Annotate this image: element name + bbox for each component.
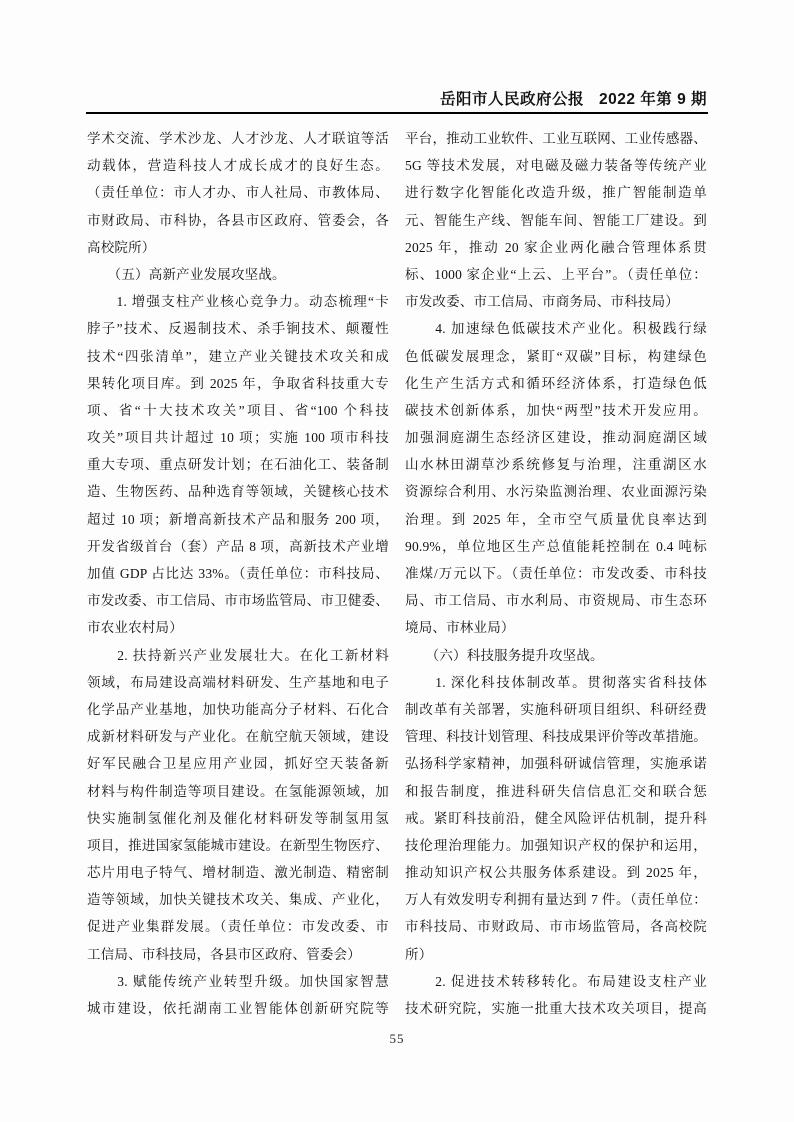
text-line: 90.9%，单位地区生产总值能耗控制在 0.4 吨标: [405, 533, 707, 560]
text-line: 境局、市林业局）: [405, 614, 707, 641]
text-line: 2025 年，推动 20 家企业两化融合管理体系贯: [405, 234, 707, 261]
text-line: 制改革有关部署，实施科研项目组织、科研经费: [405, 696, 707, 723]
text-line: 快实施制氢催化剂及催化材料研发等制氢用氢: [87, 805, 389, 832]
text-line: 碳技术创新体系，加快“两型”技术开发应用。: [405, 397, 707, 424]
text-line: 2. 扶持新兴产业发展壮大。在化工新材料: [87, 642, 389, 669]
text-line: 色低碳发展理念，紧盯“双碳”目标，构建绿色: [405, 343, 707, 370]
text-line: 果转化项目库。到 2025 年，争取省科技重大专: [87, 370, 389, 397]
text-line: 3. 赋能传统产业转型升级。加快国家智慧: [87, 968, 389, 995]
text-line: 技术“四张清单”，建立产业关键技术攻关和成: [87, 343, 389, 370]
text-line: 推动知识产权公共服务体系建设。到 2025 年，: [405, 859, 707, 886]
text-line: 市科技局、市财政局、市市场监管局，各高校院: [405, 913, 707, 940]
page-body: 学术交流、学术沙龙、人才沙龙、人才联谊等活动载体，营造科技人才成长成才的良好生态…: [87, 125, 707, 1022]
text-line: 平台，推动工业软件、工业互联网、工业传感器、: [405, 125, 707, 152]
text-line: 戒。紧盯科技前沿，健全风险评估机制，提升科: [405, 805, 707, 832]
text-line: 攻关”项目共计超过 10 项；实施 100 项市科技: [87, 424, 389, 451]
text-line: 造等领域，加快关键技术攻关、集成、产业化，: [87, 886, 389, 913]
text-line: 加值 GDP 占比达 33%。（责任单位：市科技局、: [87, 560, 389, 587]
text-line: 化生产生活方式和循环经济体系，打造绿色低: [405, 370, 707, 397]
text-line: 局、市工信局、市水利局、市资规局、市生态环: [405, 587, 707, 614]
text-line: 材料与构件制造等项目建设。在氢能源领域，加: [87, 778, 389, 805]
left-text-column: 学术交流、学术沙龙、人才沙龙、人才联谊等活动载体，营造科技人才成长成才的良好生态…: [87, 125, 389, 1022]
text-line: 进行数字化智能化改造升级，推广智能制造单: [405, 179, 707, 206]
text-line: 领域，布局建设高端材料研发、生产基地和电子: [87, 669, 389, 696]
text-line: 动载体，营造科技人才成长成才的良好生态。: [87, 152, 389, 179]
text-line: 好军民融合卫星应用产业园，抓好空天装备新: [87, 750, 389, 777]
text-line: 市农业农村局）: [87, 614, 389, 641]
text-line: 促进产业集群发展。（责任单位：市发改委、市: [87, 913, 389, 940]
issue-label: 2022 年第 9 期: [599, 91, 707, 108]
text-line: 标、1000 家企业“上云、上平台”。（责任单位：: [405, 261, 707, 288]
text-line: 学术交流、学术沙龙、人才沙龙、人才联谊等活: [87, 125, 389, 152]
text-line: 市发改委、市工信局、市商务局、市科技局）: [405, 288, 707, 315]
text-line: 技术研究院，实施一批重大技术攻关项目，提高: [405, 995, 707, 1022]
text-line: 市财政局、市科协，各县市区政府、管委会，各: [87, 207, 389, 234]
text-line: （五）高新产业发展攻坚战。: [87, 261, 389, 288]
text-line: 加强洞庭湖生态经济区建设，推动洞庭湖区域: [405, 424, 707, 451]
gazette-page: 岳阳市人民政府公报2022 年第 9 期 学术交流、学术沙龙、人才沙龙、人才联谊…: [0, 0, 794, 1122]
text-line: 治理。到 2025 年，全市空气质量优良率达到: [405, 506, 707, 533]
text-line: 脖子”技术、反遏制技术、杀手锏技术、颠覆性: [87, 315, 389, 342]
text-line: 山水林田湖草沙系统修复与治理，注重湖区水: [405, 451, 707, 478]
text-line: 1. 增强支柱产业核心竞争力。动态梳理“卡: [87, 288, 389, 315]
text-line: 技伦理治理能力。加强知识产权的保护和运用，: [405, 832, 707, 859]
text-line: 化学品产业基地，加快功能高分子材料、石化合: [87, 696, 389, 723]
text-line: 市发改委、市工信局、市市场监管局、市卫健委、: [87, 587, 389, 614]
text-line: 重大专项、重点研发计划；在石油化工、装备制: [87, 451, 389, 478]
text-line: 工信局、市科技局，各县市区政府、管委会）: [87, 941, 389, 968]
right-text-column: 平台，推动工业软件、工业互联网、工业传感器、5G 等技术发展，对电磁及磁力装备等…: [405, 125, 707, 1022]
journal-title: 岳阳市人民政府公报: [440, 91, 584, 108]
text-line: 超过 10 项；新增高新技术产品和服务 200 项，: [87, 506, 389, 533]
text-line: 项目，推进国家氢能城市建设。在新型生物医疗、: [87, 832, 389, 859]
text-line: 1. 深化科技体制改革。贯彻落实省科技体: [405, 669, 707, 696]
text-line: 2. 促进技术转移转化。布局建设支柱产业: [405, 968, 707, 995]
page-number: 55: [0, 1031, 794, 1047]
text-line: 弘扬科学家精神，加强科研诚信管理，实施承诺: [405, 750, 707, 777]
text-line: 高校院所）: [87, 234, 389, 261]
text-line: 项、省“十大技术攻关”项目、省“100 个科技: [87, 397, 389, 424]
text-line: 开发省级首台（套）产品 8 项，高新技术产业增: [87, 533, 389, 560]
text-line: 成新材料研发与产业化。在航空航天领域，建设: [87, 723, 389, 750]
text-line: 和报告制度，推进科研失信信息汇交和联合惩: [405, 778, 707, 805]
header-rule: [86, 112, 708, 114]
text-line: 4. 加速绿色低碳技术产业化。积极践行绿: [405, 315, 707, 342]
text-line: 城市建设，依托湖南工业智能体创新研究院等: [87, 995, 389, 1022]
page-header: 岳阳市人民政府公报2022 年第 9 期: [87, 87, 707, 109]
text-line: （六）科技服务提升攻坚战。: [405, 642, 707, 669]
text-line: 资源综合利用、水污染监测治理、农业面源污染: [405, 478, 707, 505]
text-line: 准煤/万元以下。（责任单位：市发改委、市科技: [405, 560, 707, 587]
text-line: 芯片用电子特气、增材制造、激光制造、精密制: [87, 859, 389, 886]
text-line: 造、生物医药、品种选育等领域，关键核心技术: [87, 478, 389, 505]
text-line: 管理、科技计划管理、科技成果评价等改革措施。: [405, 723, 707, 750]
text-line: 万人有效发明专利拥有量达到 7 件。（责任单位：: [405, 886, 707, 913]
text-line: （责任单位：市人才办、市人社局、市教体局、: [87, 179, 389, 206]
text-line: 5G 等技术发展，对电磁及磁力装备等传统产业: [405, 152, 707, 179]
text-line: 元、智能生产线、智能车间、智能工厂建设。到: [405, 207, 707, 234]
text-line: 所）: [405, 941, 707, 968]
